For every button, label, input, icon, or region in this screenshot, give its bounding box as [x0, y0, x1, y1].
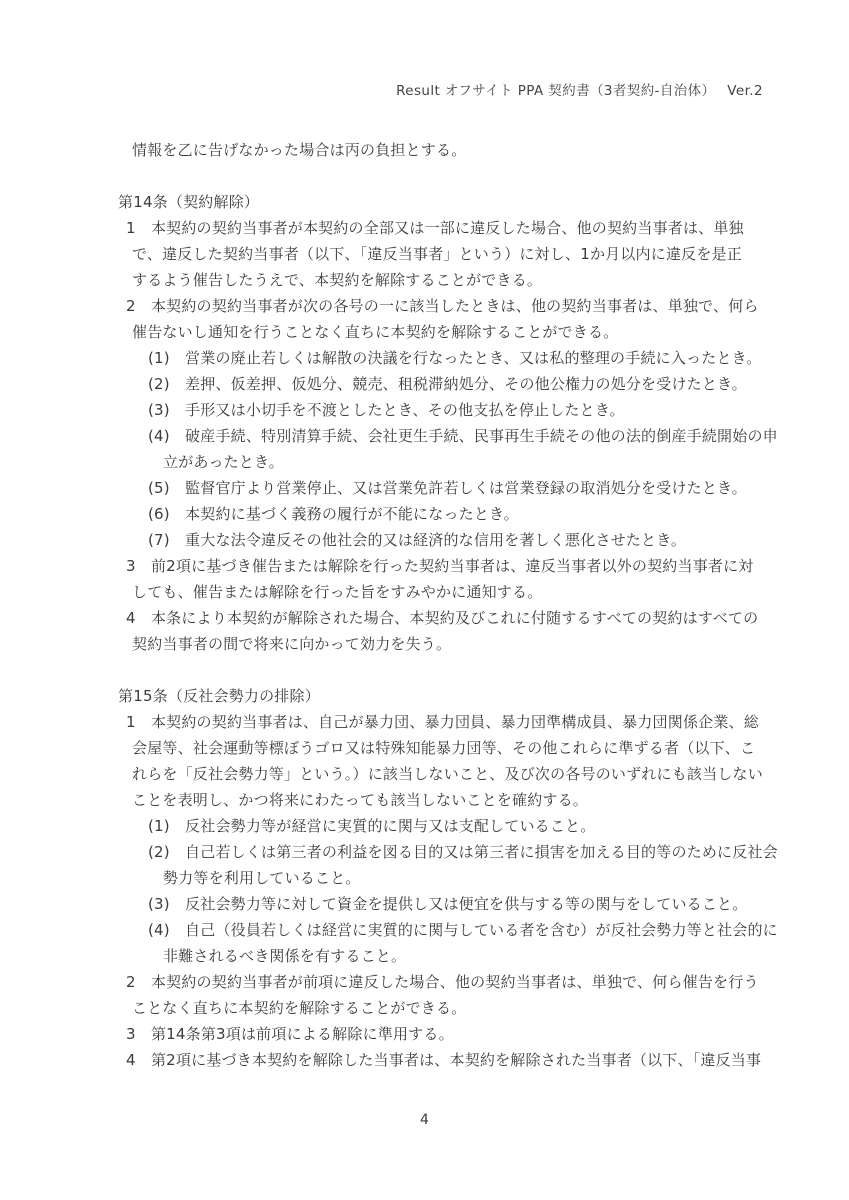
text-line: (1) 営業の廃止若しくは解散の決議を行なったとき、又は私的整理の手続に入ったと…	[148, 345, 818, 371]
text-line: 第15条（反社会勢力の排除）	[118, 683, 818, 709]
blank-line	[118, 163, 818, 189]
text-line: 第14条（契約解除）	[118, 189, 818, 215]
text-line: (1) 反社会勢力等が経営に実質的に関与又は支配していること。	[148, 813, 818, 839]
text-line: (6) 本契約に基づく義務の履行が不能になったとき。	[148, 501, 818, 527]
text-line: 3 前2項に基づき催告または解除を行った契約当事者は、違反当事者以外の契約当事者…	[126, 553, 818, 579]
document-body: 情報を乙に告げなかった場合は丙の負担とする。第14条（契約解除）1 本契約の契約…	[118, 137, 818, 1073]
text-line: (5) 監督官庁より営業停止、又は営業免許若しくは営業登録の取消処分を受けたとき…	[148, 475, 818, 501]
text-line: 催告ないし通知を行うことなく直ちに本契約を解除することができる。	[132, 319, 818, 345]
blank-line	[118, 657, 818, 683]
text-line: 勢力等を利用していること。	[163, 865, 818, 891]
text-line: (3) 反社会勢力等に対して資金を提供し又は便宜を供与する等の関与をしていること…	[148, 891, 818, 917]
document-header: Result オフサイト PPA 契約書（3者契約‐自治体） Ver.2	[0, 63, 763, 115]
text-line: 契約当事者の間で将来に向かって効力を失う。	[132, 631, 818, 657]
text-line: で、違反した契約当事者（以下、「違反当事者」という）に対し、1か月以内に違反を是…	[132, 241, 818, 267]
document-page: Result オフサイト PPA 契約書（3者契約‐自治体） Ver.2 情報を…	[0, 0, 849, 1200]
text-line: (2) 自己若しくは第三者の利益を図る目的又は第三者に損害を加える目的等のために…	[148, 839, 818, 865]
text-line: れらを「反社会勢力等」という。）に該当しないこと、及び次の各号のいずれにも該当し…	[132, 761, 818, 787]
text-line: 立があったとき。	[163, 449, 818, 475]
text-line: 情報を乙に告げなかった場合は丙の負担とする。	[132, 137, 818, 163]
text-line: しても、催告または解除を行った旨をすみやかに通知する。	[132, 579, 818, 605]
page-number: 4	[0, 1112, 849, 1128]
text-line: (2) 差押、仮差押、仮処分、競売、租税滞納処分、その他公権力の処分を受けたとき…	[148, 371, 818, 397]
text-line: 会屋等、社会運動等標ぼうゴロ又は特殊知能暴力団等、その他これらに準ずる者（以下、…	[132, 735, 818, 761]
text-line: (4) 自己（役員若しくは経営に実質的に関与している者を含む）が反社会勢力等と社…	[148, 917, 818, 943]
text-line: 4 本条により本契約が解除された場合、本契約及びこれに付随するすべての契約はすべ…	[126, 605, 818, 631]
text-line: するよう催告したうえで、本契約を解除することができる。	[132, 267, 818, 293]
document-title: Result オフサイト PPA 契約書（3者契約‐自治体） Ver.2	[396, 83, 763, 99]
text-line: 2 本契約の契約当事者が前項に違反した場合、他の契約当事者は、単独で、何ら催告を…	[126, 969, 818, 995]
text-line: (7) 重大な法令違反その他社会的又は経済的な信用を著しく悪化させたとき。	[148, 527, 818, 553]
text-line: (3) 手形又は小切手を不渡としたとき、その他支払を停止したとき。	[148, 397, 818, 423]
text-line: 4 第2項に基づき本契約を解除した当事者は、本契約を解除された当事者（以下、「違…	[126, 1047, 818, 1073]
text-line: 1 本契約の契約当事者は、自己が暴力団、暴力団員、暴力団準構成員、暴力団関係企業…	[126, 709, 818, 735]
text-line: 1 本契約の契約当事者が本契約の全部又は一部に違反した場合、他の契約当事者は、単…	[126, 215, 818, 241]
text-line: 3 第14条第3項は前項による解除に準用する。	[126, 1021, 818, 1047]
text-line: 2 本契約の契約当事者が次の各号の一に該当したときは、他の契約当事者は、単独で、…	[126, 293, 818, 319]
text-line: ことを表明し、かつ将来にわたっても該当しないことを確約する。	[132, 787, 818, 813]
text-line: 非難されるべき関係を有すること。	[163, 943, 818, 969]
text-line: ことなく直ちに本契約を解除することができる。	[132, 995, 818, 1021]
text-line: (4) 破産手続、特別清算手続、会社更生手続、民事再生手続その他の法的倒産手続開…	[148, 423, 818, 449]
